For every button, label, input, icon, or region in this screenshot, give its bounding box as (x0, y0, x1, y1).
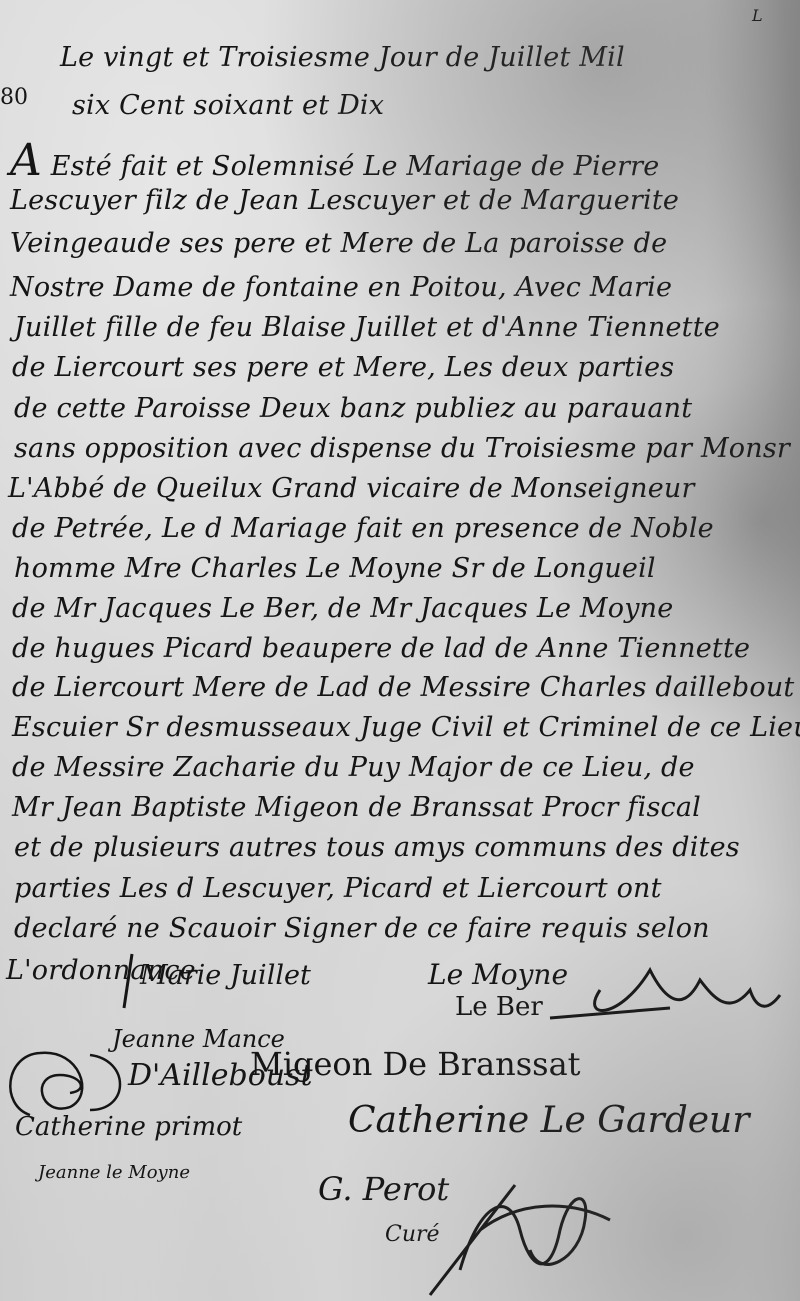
folio-mark: L (752, 6, 763, 25)
register-page: 80 L Le vingt et Troisiesme Jour de Juil… (0, 0, 800, 1301)
record-line-11: L'Abbé de Queilux Grand vicaire de Monse… (8, 473, 695, 504)
record-line-1: Le vingt et Troisiesme Jour de Juillet M… (60, 42, 625, 73)
record-line-15: de hugues Picard beaupere de lad de Anne… (12, 633, 750, 664)
record-line-19: Mr Jean Baptiste Migeon de Branssat Proc… (12, 792, 701, 823)
record-line-21: parties Les d Lescuyer, Picard et Lierco… (14, 873, 662, 904)
separator-stroke (118, 952, 138, 1012)
record-line-7: Juillet fille de feu Blaise Juillet et d… (14, 312, 720, 343)
signature-catherine-le-gardeur: Catherine Le Gardeur (348, 1100, 749, 1141)
record-line-22: declaré ne Scauoir Signer de ce faire re… (14, 913, 710, 944)
signature-migeon: Migeon De Branssat (250, 1045, 581, 1083)
record-line-20: et de plusieurs autres tous amys communs… (14, 832, 740, 863)
record-line-5: Veingeaude ses pere et Mere de La parois… (10, 228, 667, 259)
record-line-6: Nostre Dame de fontaine en Poitou, Avec … (10, 272, 672, 303)
record-line-3: A Esté fait et Solemnisé Le Mariage de P… (10, 135, 659, 186)
record-line-4: Lescuyer filz de Jean Lescuyer et de Mar… (10, 185, 679, 216)
signature-bride: Marie Juillet (140, 960, 311, 991)
record-line-12: de Petrée, Le d Mariage fait en presence… (12, 513, 714, 544)
signature-dupuy-paraph (540, 960, 800, 1030)
record-line-10: sans opposition avec dispense du Troisie… (14, 433, 790, 464)
record-line-8: de Liercourt ses pere et Mere, Les deux … (12, 352, 674, 383)
margin-number: 80 (0, 85, 28, 110)
record-line-2: six Cent soixant et Dix (72, 90, 384, 121)
record-line-18: de Messire Zacharie du Puy Major de ce L… (12, 752, 695, 783)
record-line-16: de Liercourt Mere de Lad de Messire Char… (12, 672, 794, 703)
signature-catherine-primot: Catherine primot (15, 1112, 242, 1142)
record-line-14: de Mr Jacques Le Ber, de Mr Jacques Le M… (12, 593, 673, 624)
record-line-13: homme Mre Charles Le Moyne Sr de Longuei… (14, 553, 656, 584)
record-line-17: Escuier Sr desmusseaux Juge Civil et Cri… (12, 712, 800, 743)
record-line-9: de cette Paroisse Deux banz publiez au p… (14, 393, 692, 424)
signature-le-ber: Le Ber (455, 992, 543, 1022)
priest-paraph (420, 1170, 620, 1301)
signature-jeanne-le-moyne: Jeanne le Moyne (38, 1162, 190, 1183)
